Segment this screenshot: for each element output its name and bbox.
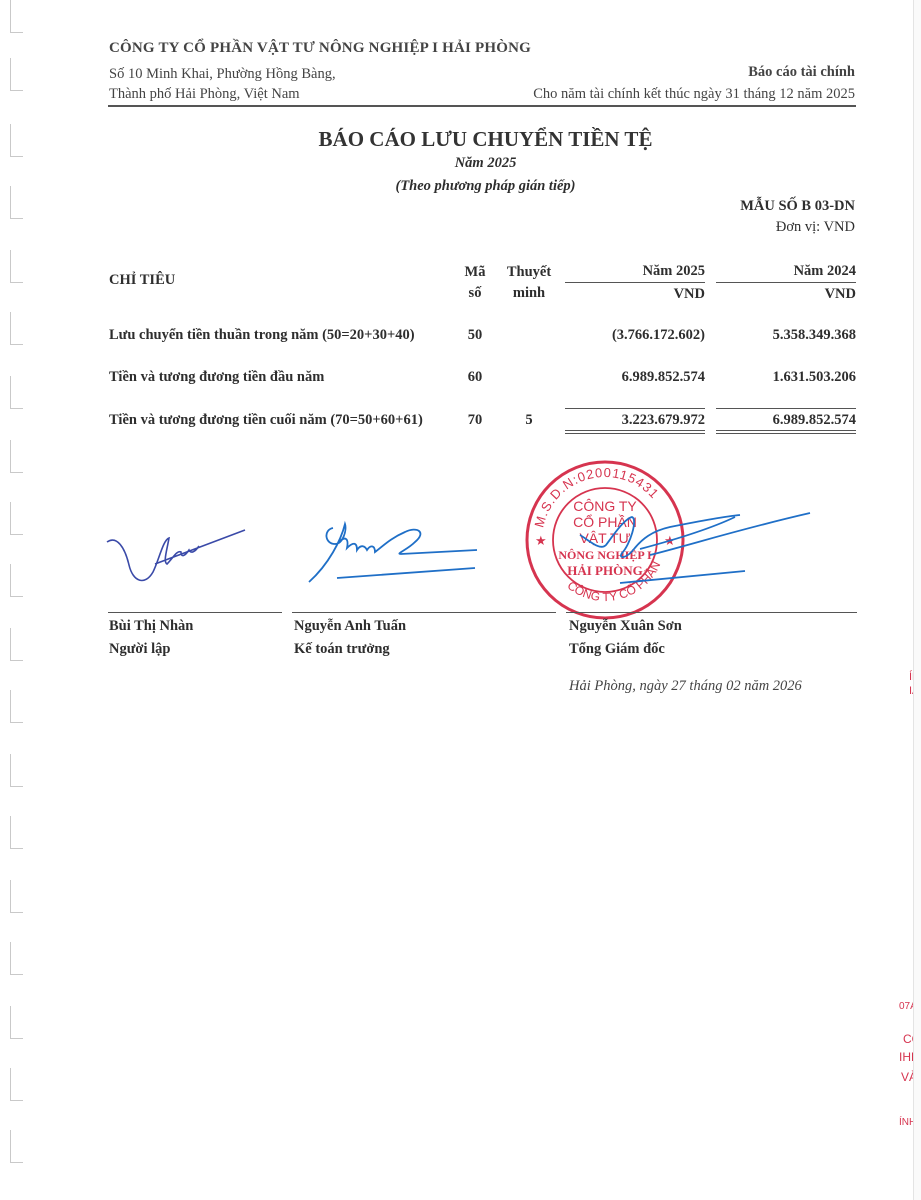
form-code: MẪU SỐ B 03-DN [740,198,855,215]
address-line-2: Thành phố Hải Phòng, Việt Nam [109,86,300,103]
header-code-line2: số [455,285,495,302]
total-double-rule-2024 [716,430,856,434]
header-note-line1: Thuyết [500,264,558,281]
row-value-2025: (3.766.172.602) [565,327,705,344]
signature-preparer [105,520,255,590]
chief-accountant-name: Nguyễn Anh Tuấn [294,618,406,635]
binding-mark [10,816,23,849]
preparer-role: Người lập [109,641,170,658]
total-top-rule-2024 [716,408,856,409]
binding-mark [10,1130,23,1163]
row-value-2024: 1.631.503.206 [716,369,856,386]
row-value-2024: 5.358.349.368 [716,327,856,344]
binding-mark [10,502,23,535]
report-period: Cho năm tài chính kết thúc ngày 31 tháng… [533,86,855,103]
header-unit-2025: VND [565,286,705,303]
chief-accountant-role: Kế toán trưởng [294,641,390,658]
binding-mark [10,1068,23,1101]
header-code-line1: Mã [455,264,495,281]
row-value-2024: 6.989.852.574 [716,412,856,429]
binding-mark [10,690,23,723]
svg-text:★: ★ [535,534,547,549]
report-method: (Theo phương pháp gián tiếp) [0,178,921,195]
row-value-2025: 3.223.679.972 [565,412,705,429]
header-rule-2025 [565,282,705,283]
address-line-1: Số 10 Minh Khai, Phường Hồng Bàng, [109,66,336,83]
header-year-2024: Năm 2024 [716,263,856,280]
header-year-2025: Năm 2025 [565,263,705,280]
company-name: CÔNG TY CỔ PHẦN VẬT TƯ NÔNG NGHIỆP I HẢI… [109,40,531,57]
row-code: 70 [455,412,495,429]
binding-mark [10,1006,23,1039]
signature-line-chief-accountant [292,612,556,613]
signature-general-director [560,505,820,595]
signature-line-preparer [108,612,282,613]
header-unit-2024: VND [716,286,856,303]
binding-mark [10,250,23,283]
row-code: 60 [455,369,495,386]
total-top-rule-2025 [565,408,705,409]
currency-unit: Đơn vị: VND [776,219,855,236]
binding-mark [10,0,23,33]
total-double-rule-2025 [565,430,705,434]
binding-mark [10,312,23,345]
row-item: Tiền và tương đương tiền đầu năm [109,369,324,386]
row-code: 50 [455,327,495,344]
page-edge [913,0,921,1200]
binding-mark [10,564,23,597]
binding-mark [10,880,23,913]
binding-mark [10,754,23,787]
sign-date: Hải Phòng, ngày 27 tháng 02 năm 2026 [569,678,802,695]
binding-mark [10,628,23,661]
report-year: Năm 2025 [0,155,921,172]
signature-line-director [566,612,857,613]
director-name: Nguyễn Xuân Sơn [569,618,682,635]
signature-chief-accountant [305,520,485,590]
preparer-name: Bùi Thị Nhàn [109,618,193,635]
binding-mark [10,440,23,473]
director-role: Tổng Giám đốc [569,641,665,658]
header-item: CHỈ TIÊU [109,272,175,289]
binding-mark [10,58,23,91]
header-rule-2024 [716,282,856,283]
header-divider [108,105,856,107]
row-item: Lưu chuyển tiền thuần trong năm (50=20+3… [109,327,415,344]
header-note-line2: minh [500,285,558,302]
report-type: Báo cáo tài chính [748,64,855,81]
row-value-2025: 6.989.852.574 [565,369,705,386]
page-title: BÁO CÁO LƯU CHUYỂN TIỀN TỆ [0,127,921,152]
row-item: Tiền và tương đương tiền cuối năm (70=50… [109,412,423,429]
binding-mark [10,942,23,975]
binding-mark [10,376,23,409]
row-note: 5 [500,412,558,429]
